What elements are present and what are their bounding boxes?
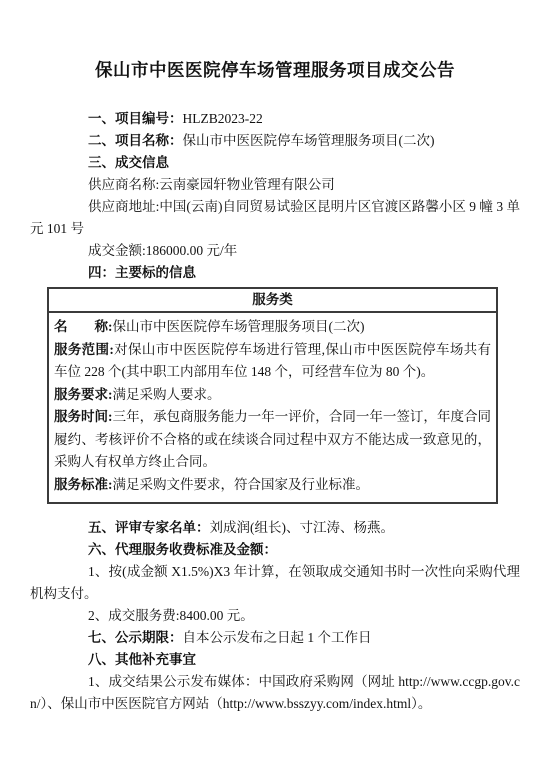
table-header-row: 服务类 xyxy=(48,288,497,312)
section-project-name: 二、项目名称：保山市中医医院停车场管理服务项目(二次) xyxy=(30,130,520,152)
row-scope-value: 对保山市中医医院停车场进行管理,保山市中医医院停车场共有车位 228 个(其中职… xyxy=(54,342,491,380)
row-name-label: 名 称: xyxy=(54,319,113,334)
publicity-period-value: 自本公示发布之日起 1 个工作日 xyxy=(183,630,372,645)
section-main-subject-heading: 四：主要标的信息 xyxy=(30,262,520,284)
subject-info-table: 服务类 名 称:保山市中医医院停车场管理服务项目(二次) 服务范围:对保山市中医… xyxy=(47,287,498,504)
row-scope-label: 服务范围: xyxy=(54,342,114,357)
project-name-label: 二、项目名称： xyxy=(88,133,183,148)
section-publicity-period: 七、公示期限：自本公示发布之日起 1 个工作日 xyxy=(30,627,520,649)
row-duration-label: 服务时间: xyxy=(54,409,113,424)
other-item1: 1、成交结果公示发布媒体：中国政府采购网（网址 http://www.ccgp.… xyxy=(30,671,520,715)
supplier-address-line: 供应商地址:中国(云南)自同贸易试验区昆明片区官渡区路馨小区 9 幢 3 单元 … xyxy=(30,196,520,240)
publicity-period-label: 七、公示期限： xyxy=(88,630,183,645)
section-project-number: 一、项目编号：HLZB2023-22 xyxy=(30,108,520,130)
page-title: 保山市中医医院停车场管理服务项目成交公告 xyxy=(30,58,520,82)
experts-value: 刘成润(组长)、寸江涛、杨燕。 xyxy=(210,520,395,535)
agency-fee-item2: 2、成交服务费:8400.00 元。 xyxy=(30,605,520,627)
row-requirement-value: 满足采购人要求。 xyxy=(113,387,221,402)
table-body-row: 名 称:保山市中医医院停车场管理服务项目(二次) 服务范围:对保山市中医医院停车… xyxy=(48,312,497,503)
row-requirement-label: 服务要求: xyxy=(54,387,113,402)
row-standard-value: 满足采购文件要求，符合国家及行业标准。 xyxy=(113,477,370,492)
table-row-duration: 服务时间:三年，承包商服务能力一年一评价，合同一年一签订，年度合同履约、考核评价… xyxy=(54,406,491,474)
row-duration-value: 三年，承包商服务能力一年一评价，合同一年一签订，年度合同履约、考核评价不合格的或… xyxy=(54,409,491,469)
table-row-scope: 服务范围:对保山市中医医院停车场进行管理,保山市中医医院停车场共有车位 228 … xyxy=(54,339,491,384)
table-body-cell: 名 称:保山市中医医院停车场管理服务项目(二次) 服务范围:对保山市中医医院停车… xyxy=(48,312,497,503)
section-experts: 五、评审专家名单：刘成润(组长)、寸江涛、杨燕。 xyxy=(30,517,520,539)
section-agency-fee-heading: 六、代理服务收费标准及金额： xyxy=(30,539,520,561)
supplier-name-line: 供应商名称:云南豪园轩物业管理有限公司 xyxy=(30,174,520,196)
project-number-value: HLZB2023-22 xyxy=(183,111,263,126)
table-header-cell: 服务类 xyxy=(48,288,497,312)
project-number-label: 一、项目编号： xyxy=(88,111,183,126)
section-award-info-heading: 三、成交信息 xyxy=(30,152,520,174)
row-standard-label: 服务标准: xyxy=(54,477,113,492)
experts-label: 五、评审专家名单： xyxy=(88,520,210,535)
table-row-name: 名 称:保山市中医医院停车场管理服务项目(二次) xyxy=(54,316,491,339)
table-row-requirement: 服务要求:满足采购人要求。 xyxy=(54,384,491,407)
section-other-heading: 八、其他补充事宜 xyxy=(30,649,520,671)
award-amount-line: 成交金额:186000.00 元/年 xyxy=(30,240,520,262)
announcement-page: 保山市中医医院停车场管理服务项目成交公告 一、项目编号：HLZB2023-22 … xyxy=(0,0,550,779)
table-row-standard: 服务标准:满足采购文件要求，符合国家及行业标准。 xyxy=(54,474,491,497)
agency-fee-item1: 1、按(成金额 X1.5%)X3 年计算，在领取成交通知书时一次性向采购代理机构… xyxy=(30,561,520,605)
project-name-value: 保山市中医医院停车场管理服务项目(二次) xyxy=(183,133,435,148)
row-name-value: 保山市中医医院停车场管理服务项目(二次) xyxy=(113,319,365,334)
